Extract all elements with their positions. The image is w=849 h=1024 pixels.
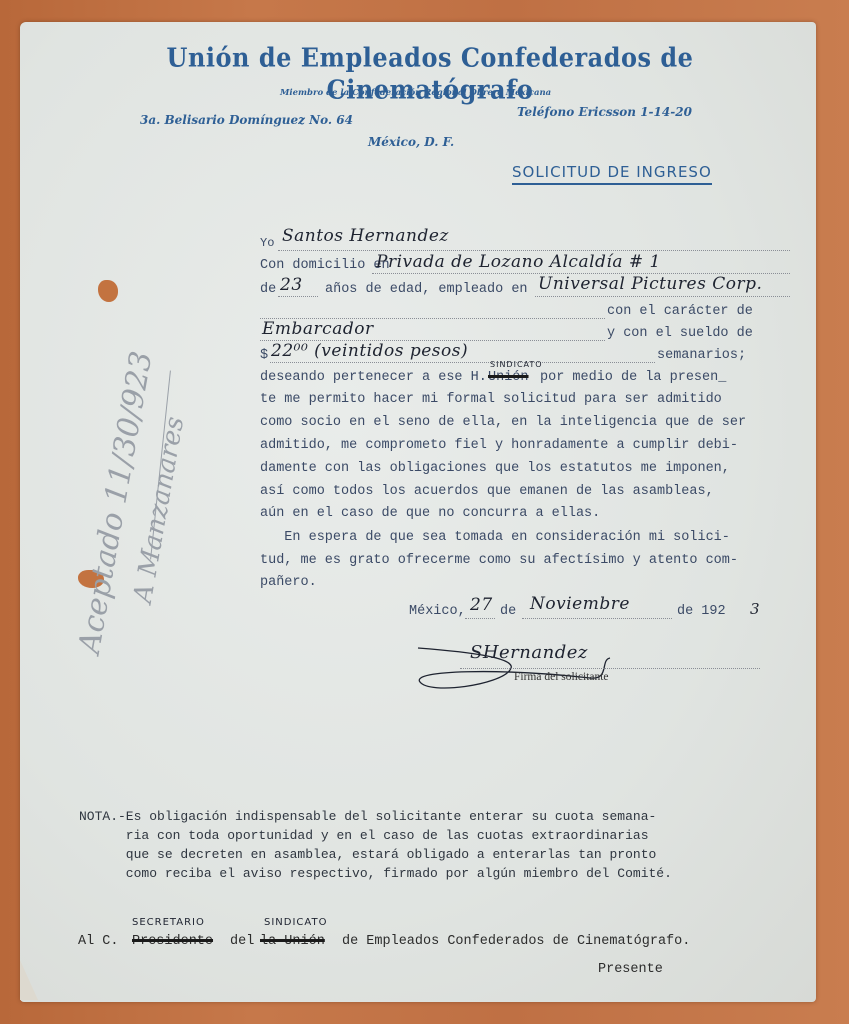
month-line (522, 618, 672, 619)
nota-line: NOTA.-Es obligación indispensable del so… (79, 809, 656, 824)
body-line: damente con las obligaciones que los est… (260, 461, 730, 476)
replacement-secretario: SECRETARIO (132, 917, 205, 928)
salary-value[interactable]: 22⁰⁰ (veintidos pesos) (271, 341, 468, 361)
body-line: como socio en el seno de ella, en la int… (260, 415, 746, 430)
body-line: admitido, me comprometo fiel y honradame… (260, 438, 738, 453)
nota-line: como reciba el aviso respectivo, firmado… (79, 866, 672, 881)
applicant-signature[interactable]: SHernandez (470, 642, 588, 663)
body-line: aún en el caso de que no concurra a ella… (260, 506, 600, 521)
letterhead-member-line: Miembro de la Confederación Regional Obr… (280, 88, 551, 98)
de-label: de (260, 282, 276, 297)
letterhead-address: 3a. Belisario Domínguez No. 64 (140, 113, 353, 127)
addressee-prefix: Al C. (78, 934, 119, 949)
age-suffix: años de edad, empleado en (325, 282, 528, 297)
domicilio-value[interactable]: Privada de Lozano Alcaldía # 1 (376, 252, 661, 272)
body-line: así como todos los acuerdos que emanen d… (260, 484, 714, 499)
applicant-name[interactable]: Santos Hernandez (282, 226, 449, 246)
date-year-digit[interactable]: 3 (750, 600, 760, 618)
struck-la-union: la Unión (260, 934, 325, 949)
body-line: te me permito hacer mi formal solicitud … (260, 392, 722, 407)
date-month[interactable]: Noviembre (530, 594, 630, 614)
replacement-sindicato-addressee: SINDICATO (264, 917, 327, 928)
caracter-label: con el carácter de (607, 304, 753, 319)
date-day[interactable]: 27 (470, 595, 493, 615)
yo-label: Yo (260, 236, 274, 250)
nota-line: ria con toda oportunidad y en el caso de… (79, 828, 649, 843)
paper-hole (98, 280, 118, 302)
body-line: tud, me es grato ofrecerme como su afect… (260, 553, 738, 568)
nota-line: que se decreten en asamblea, estará obli… (79, 847, 656, 862)
struck-presidente: Presidente (132, 934, 213, 949)
body-line-cont: por medio de la presen_ (540, 370, 726, 385)
date-city-label: México, (409, 604, 466, 619)
character-value[interactable]: Embarcador (262, 319, 374, 339)
addressee-del: del (230, 934, 254, 949)
semanarios-label: semanarios; (657, 348, 746, 363)
age-line (278, 296, 318, 297)
age-value[interactable]: 23 (280, 275, 303, 295)
signature-label: Firma del solicitante (514, 671, 609, 683)
struck-union: Unión (488, 370, 529, 385)
domicilio-label: Con domicilio en (260, 258, 390, 273)
date-year-label: de 192 (677, 604, 726, 619)
replacement-sindicato: SINDICATO (490, 360, 543, 369)
body-line: En espera de que sea tomada en considera… (260, 530, 730, 545)
letterhead-phone: Teléfono Ericsson 1-14-20 (517, 105, 692, 119)
salary-line (270, 362, 655, 363)
signature-line (460, 668, 760, 669)
body-line: pañero. (260, 575, 317, 590)
name-line (278, 250, 790, 251)
addressee-rest: de Empleados Confederados de Cinematógra… (342, 934, 690, 949)
presente-label: Presente (598, 962, 663, 977)
date-de-label: de (500, 604, 516, 619)
currency-label: $ (260, 348, 268, 363)
form-title: SOLICITUD DE INGRESO (512, 163, 712, 185)
body-line: deseando pertenecer a ese H. (260, 370, 487, 385)
sueldo-label: y con el sueldo de (607, 326, 753, 341)
employer-line (535, 296, 790, 297)
employer-value[interactable]: Universal Pictures Corp. (538, 274, 762, 294)
day-line (465, 618, 495, 619)
letterhead-city: México, D. F. (368, 135, 454, 149)
